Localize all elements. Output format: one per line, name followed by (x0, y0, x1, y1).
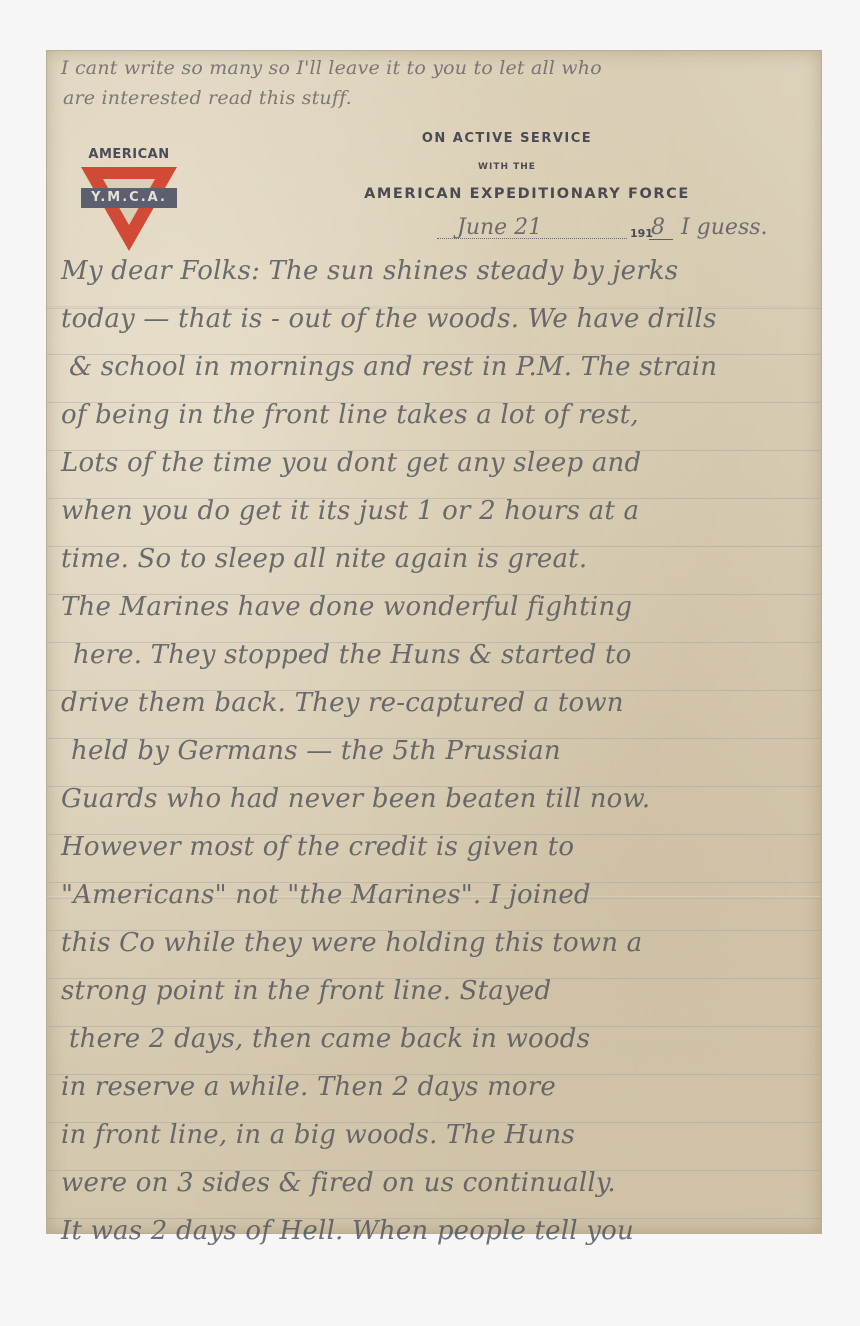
letter-line: when you do get it its just 1 or 2 hours… (61, 487, 821, 535)
letter-line: Guards who had never been beaten till no… (61, 775, 821, 823)
letterhead: ON ACTIVE SERVICE WITH THE AMERICAN EXPE… (277, 131, 737, 202)
letterhead-aef: AMERICAN EXPEDITIONARY FORCE (317, 186, 737, 202)
date-line: June 21 191 8 I guess. (437, 213, 827, 247)
logo-ymca-bar: Y.M.C.A. (81, 188, 177, 208)
letter-line: of being in the front line takes a lot o… (61, 391, 821, 439)
letter-line: this Co while they were holding this tow… (61, 919, 821, 967)
letter-line: were on 3 sides & fired on us continuall… (61, 1159, 821, 1207)
letter-line: here. They stopped the Huns & started to (61, 631, 821, 679)
letter-line: Lots of the time you dont get any sleep … (61, 439, 821, 487)
letter-line: My dear Folks: The sun shines steady by … (61, 247, 821, 295)
letter-line: However most of the credit is given to (61, 823, 821, 871)
letter-line: The Marines have done wonderful fighting (61, 583, 821, 631)
letter-line: drive them back. They re-captured a town (61, 679, 821, 727)
year-underline (649, 239, 673, 240)
letterhead-active-service: ON ACTIVE SERVICE (277, 131, 737, 146)
logo-american-text: AMERICAN (79, 147, 179, 162)
postscript-line: are interested read this stuff. (61, 83, 811, 113)
ymca-inverted-triangle-icon (81, 167, 177, 251)
letter-page: I cant write so many so I'll leave it to… (46, 50, 822, 1234)
postscript-note: I cant write so many so I'll leave it to… (61, 53, 811, 113)
letter-line: strong point in the front line. Stayed (61, 967, 821, 1015)
letterhead-with-the: WITH THE (277, 162, 737, 172)
letter-line: in reserve a while. Then 2 days more (61, 1063, 821, 1111)
letter-line: "Americans" not "the Marines". I joined (61, 871, 821, 919)
letter-body: My dear Folks: The sun shines steady by … (61, 247, 821, 1255)
date-annotation: I guess. (681, 215, 768, 240)
letter-line: time. So to sleep all nite again is grea… (61, 535, 821, 583)
letter-line: & school in mornings and rest in P.M. Th… (61, 343, 821, 391)
handwritten-year-digit: 8 (651, 215, 665, 240)
letter-line: held by Germans — the 5th Prussian (61, 727, 821, 775)
letter-line: It was 2 days of Hell. When people tell … (61, 1207, 821, 1255)
letter-line: in front line, in a big woods. The Huns (61, 1111, 821, 1159)
letter-line: today — that is - out of the woods. We h… (61, 295, 821, 343)
letter-line: there 2 days, then came back in woods (61, 1015, 821, 1063)
handwritten-date: June 21 (457, 215, 542, 240)
postscript-line: I cant write so many so I'll leave it to… (61, 53, 811, 83)
